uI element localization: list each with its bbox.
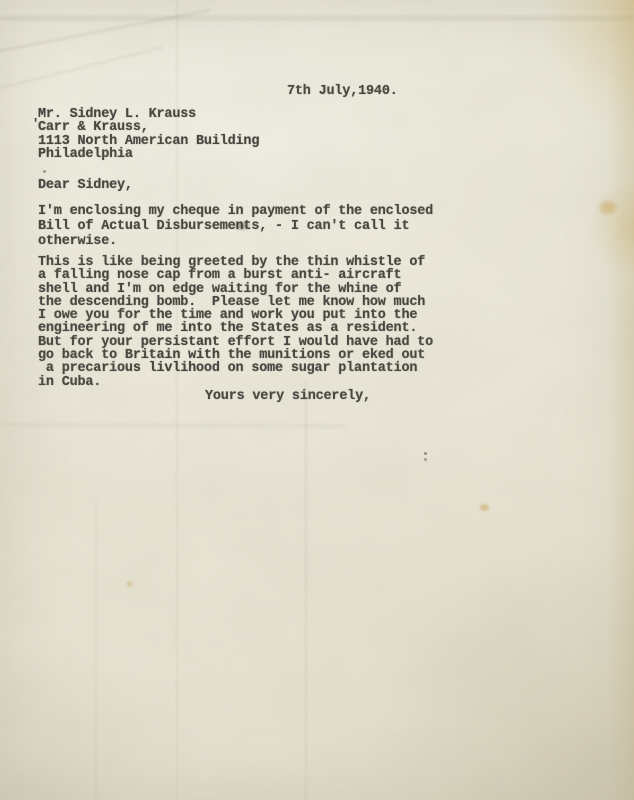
paper-stain bbox=[539, 0, 634, 130]
stray-dot bbox=[43, 170, 46, 173]
paper-fold-diagonal bbox=[0, 46, 164, 91]
stray-dot bbox=[424, 452, 427, 455]
closing-line: Yours very sincerely, bbox=[205, 390, 371, 403]
salutation: Dear Sidney, bbox=[38, 179, 133, 192]
paper-stain-spot bbox=[600, 201, 616, 214]
letter-page: 7th July,1940. ' Mr. Sidney L. Krauss Ca… bbox=[0, 0, 634, 800]
body-paragraph: This is like being greeted by the thin w… bbox=[38, 256, 433, 389]
paper-crease-vertical bbox=[95, 500, 97, 800]
paper-shadow bbox=[364, 530, 634, 800]
paper-crease-vertical bbox=[305, 380, 307, 800]
paper-stain-spot bbox=[480, 504, 489, 511]
paper-stain bbox=[588, 180, 634, 275]
paper-stain-spot bbox=[126, 581, 133, 587]
paper-crease-horizontal bbox=[0, 423, 345, 428]
paper-shadow bbox=[0, 630, 210, 800]
paper-crease-horizontal bbox=[0, 12, 634, 23]
body-paragraph: I'm enclosing my cheque in payment of th… bbox=[38, 204, 433, 249]
date-line: 7th July,1940. bbox=[287, 85, 398, 98]
paper-stain bbox=[608, 0, 634, 800]
paper-fold-diagonal bbox=[0, 9, 210, 53]
recipient-address: Mr. Sidney L. Krauss Carr & Krauss, 1113… bbox=[38, 108, 259, 161]
